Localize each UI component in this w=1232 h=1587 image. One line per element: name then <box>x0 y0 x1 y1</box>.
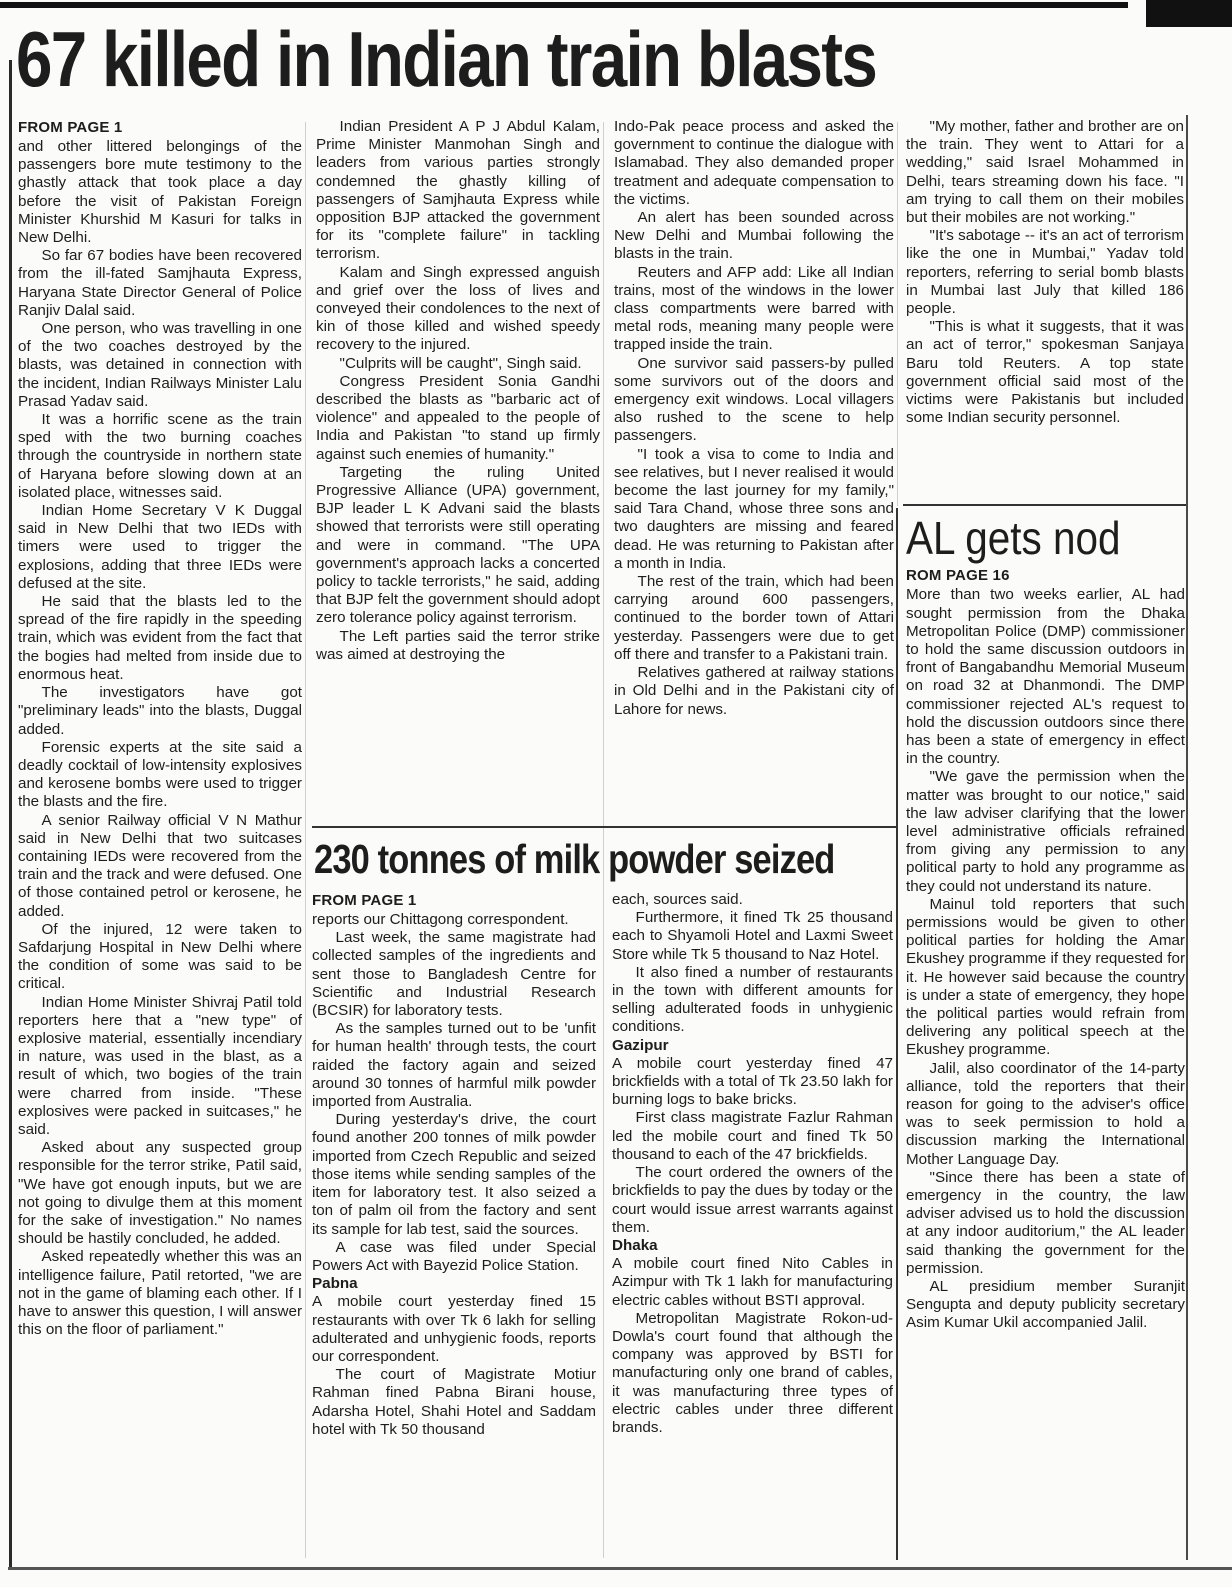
column-separator <box>897 122 898 506</box>
paragraph: Congress President Sonia Gandhi describe… <box>316 373 600 464</box>
paragraph: "Culprits will be caught", Singh said. <box>316 355 600 373</box>
paragraph: Reuters and AFP add: Like all Indian tra… <box>614 264 894 355</box>
paragraph: Forensic experts at the site said a dead… <box>18 739 302 812</box>
article-divider-rule <box>896 508 898 1560</box>
paragraph: Metropolitan Magistrate Rokon-ud-Dowla's… <box>612 1310 893 1437</box>
paragraph: First class magistrate Fazlur Rahman led… <box>612 1109 893 1164</box>
paragraph: AL presidium member Suranjit Sengupta an… <box>906 1278 1185 1333</box>
paragraph: He said that the blasts led to the sprea… <box>18 593 302 684</box>
al-article-top-rule <box>903 504 1186 506</box>
page-bottom-rule <box>8 1567 1232 1570</box>
milk-article-column-1: FROM PAGE 1 reports our Chittagong corre… <box>312 891 596 1563</box>
paragraph: "We gave the permission when the matter … <box>906 768 1185 895</box>
paragraph: Asked repeatedly whether this was an int… <box>18 1248 302 1339</box>
newspaper-page: 67 killed in Indian train blasts FROM PA… <box>0 0 1232 1587</box>
page-edge-bar <box>0 2 1128 8</box>
from-page-label: FROM PAGE 1 <box>312 891 596 911</box>
dateline-subhead: Dhaka <box>612 1237 893 1255</box>
paragraph: Indo-Pak peace process and asked the gov… <box>614 118 894 209</box>
paragraph: "Since there has been a state of emergen… <box>906 1169 1185 1278</box>
paragraph: Of the injured, 12 were taken to Safdarj… <box>18 921 302 994</box>
paragraph: One person, who was travelling in one of… <box>18 320 302 411</box>
paragraph: It also fined a number of restaurants in… <box>612 964 893 1037</box>
headline-train-blasts: 67 killed in Indian train blasts <box>16 20 1032 100</box>
paragraph: Relatives gathered at railway stations i… <box>614 664 894 719</box>
page-corner-mark <box>1146 0 1232 27</box>
paragraph: Targeting the ruling United Progressive … <box>316 464 600 628</box>
paragraph: Last week, the same magistrate had colle… <box>312 929 596 1020</box>
paragraph: The rest of the train, which had been ca… <box>614 573 894 664</box>
milk-article-col1-body: reports our Chittagong correspondent.Las… <box>312 911 596 1439</box>
right-border-rule <box>1186 115 1188 1560</box>
paragraph: A mobile court yesterday fined 15 restau… <box>312 1293 596 1366</box>
paragraph: each, sources said. <box>612 891 893 909</box>
paragraph: Indian Home Minister Shivraj Patil told … <box>18 994 302 1140</box>
milk-powder-article: 230 tonnes of milk powder seized FROM PA… <box>312 838 896 1563</box>
paragraph: A mobile court yesterday fined 47 brickf… <box>612 1055 893 1110</box>
train-article-column-4: "My mother, father and brother are on th… <box>906 118 1184 500</box>
headline-milk-powder: 230 tonnes of milk powder seized <box>314 838 803 881</box>
from-page-label: FROM PAGE 1 <box>18 118 302 138</box>
milk-article-columns: FROM PAGE 1 reports our Chittagong corre… <box>312 891 896 1563</box>
paragraph: "It's sabotage -- it's an act of terrori… <box>906 227 1184 318</box>
train-article-column-1: FROM PAGE 1 and other littered belonging… <box>18 118 302 1562</box>
headline-al-gets-nod: AL gets nod <box>906 514 1152 562</box>
paragraph: Asked about any suspected group responsi… <box>18 1139 302 1248</box>
paragraph: and other littered belongings of the pas… <box>18 138 302 247</box>
paragraph: reports our Chittagong correspondent. <box>312 911 596 929</box>
paragraph: Jalil, also coordinator of the 14-party … <box>906 1060 1185 1169</box>
paragraph: "I took a visa to come to India and see … <box>614 446 894 573</box>
paragraph: The investigators have got "preliminary … <box>18 684 302 739</box>
al-gets-nod-article: AL gets nod ROM PAGE 16 More than two we… <box>906 514 1185 1560</box>
train-article-col1-body: and other littered belongings of the pas… <box>18 138 302 1339</box>
milk-article-top-rule <box>312 826 897 828</box>
paragraph: Indian President A P J Abdul Kalam, Prim… <box>316 118 600 264</box>
paragraph: A case was filed under Special Powers Ac… <box>312 1239 596 1275</box>
paragraph: More than two weeks earlier, AL had soug… <box>906 586 1185 768</box>
paragraph: It was a horrific scene as the train spe… <box>18 411 302 502</box>
milk-article-column-2: each, sources said.Furthermore, it fined… <box>612 891 893 1563</box>
paragraph: Kalam and Singh expressed anguish and gr… <box>316 264 600 355</box>
train-article-column-2: Indian President A P J Abdul Kalam, Prim… <box>316 118 600 820</box>
left-border-rule <box>9 60 12 1568</box>
paragraph: Indian Home Secretary V K Duggal said in… <box>18 502 302 593</box>
paragraph: The Left parties said the terror strike … <box>316 628 600 664</box>
paragraph: As the samples turned out to be 'unfit f… <box>312 1020 596 1111</box>
column-separator <box>305 122 306 1558</box>
paragraph: During yesterday's drive, the court foun… <box>312 1111 596 1238</box>
paragraph: Furthermore, it fined Tk 25 thousand eac… <box>612 909 893 964</box>
paragraph: Mainul told reporters that such permissi… <box>906 896 1185 1060</box>
paragraph: One survivor said passers-by pulled some… <box>614 355 894 446</box>
dateline-subhead: Pabna <box>312 1275 596 1293</box>
paragraph: "This is what it suggests, that it was a… <box>906 318 1184 427</box>
al-article-body: More than two weeks earlier, AL had soug… <box>906 586 1185 1332</box>
from-page-label: ROM PAGE 16 <box>906 566 1185 586</box>
paragraph: An alert has been sounded across New Del… <box>614 209 894 264</box>
dateline-subhead: Gazipur <box>612 1037 893 1055</box>
paragraph: A senior Railway official V N Mathur sai… <box>18 812 302 921</box>
train-article-column-3: Indo-Pak peace process and asked the gov… <box>614 118 894 820</box>
paragraph: The court of Magistrate Motiur Rahman fi… <box>312 1366 596 1439</box>
paragraph: So far 67 bodies have been recovered fro… <box>18 247 302 320</box>
paragraph: A mobile court fined Nito Cables in Azim… <box>612 1255 893 1310</box>
paragraph: The court ordered the owners of the bric… <box>612 1164 893 1237</box>
paragraph: "My mother, father and brother are on th… <box>906 118 1184 227</box>
